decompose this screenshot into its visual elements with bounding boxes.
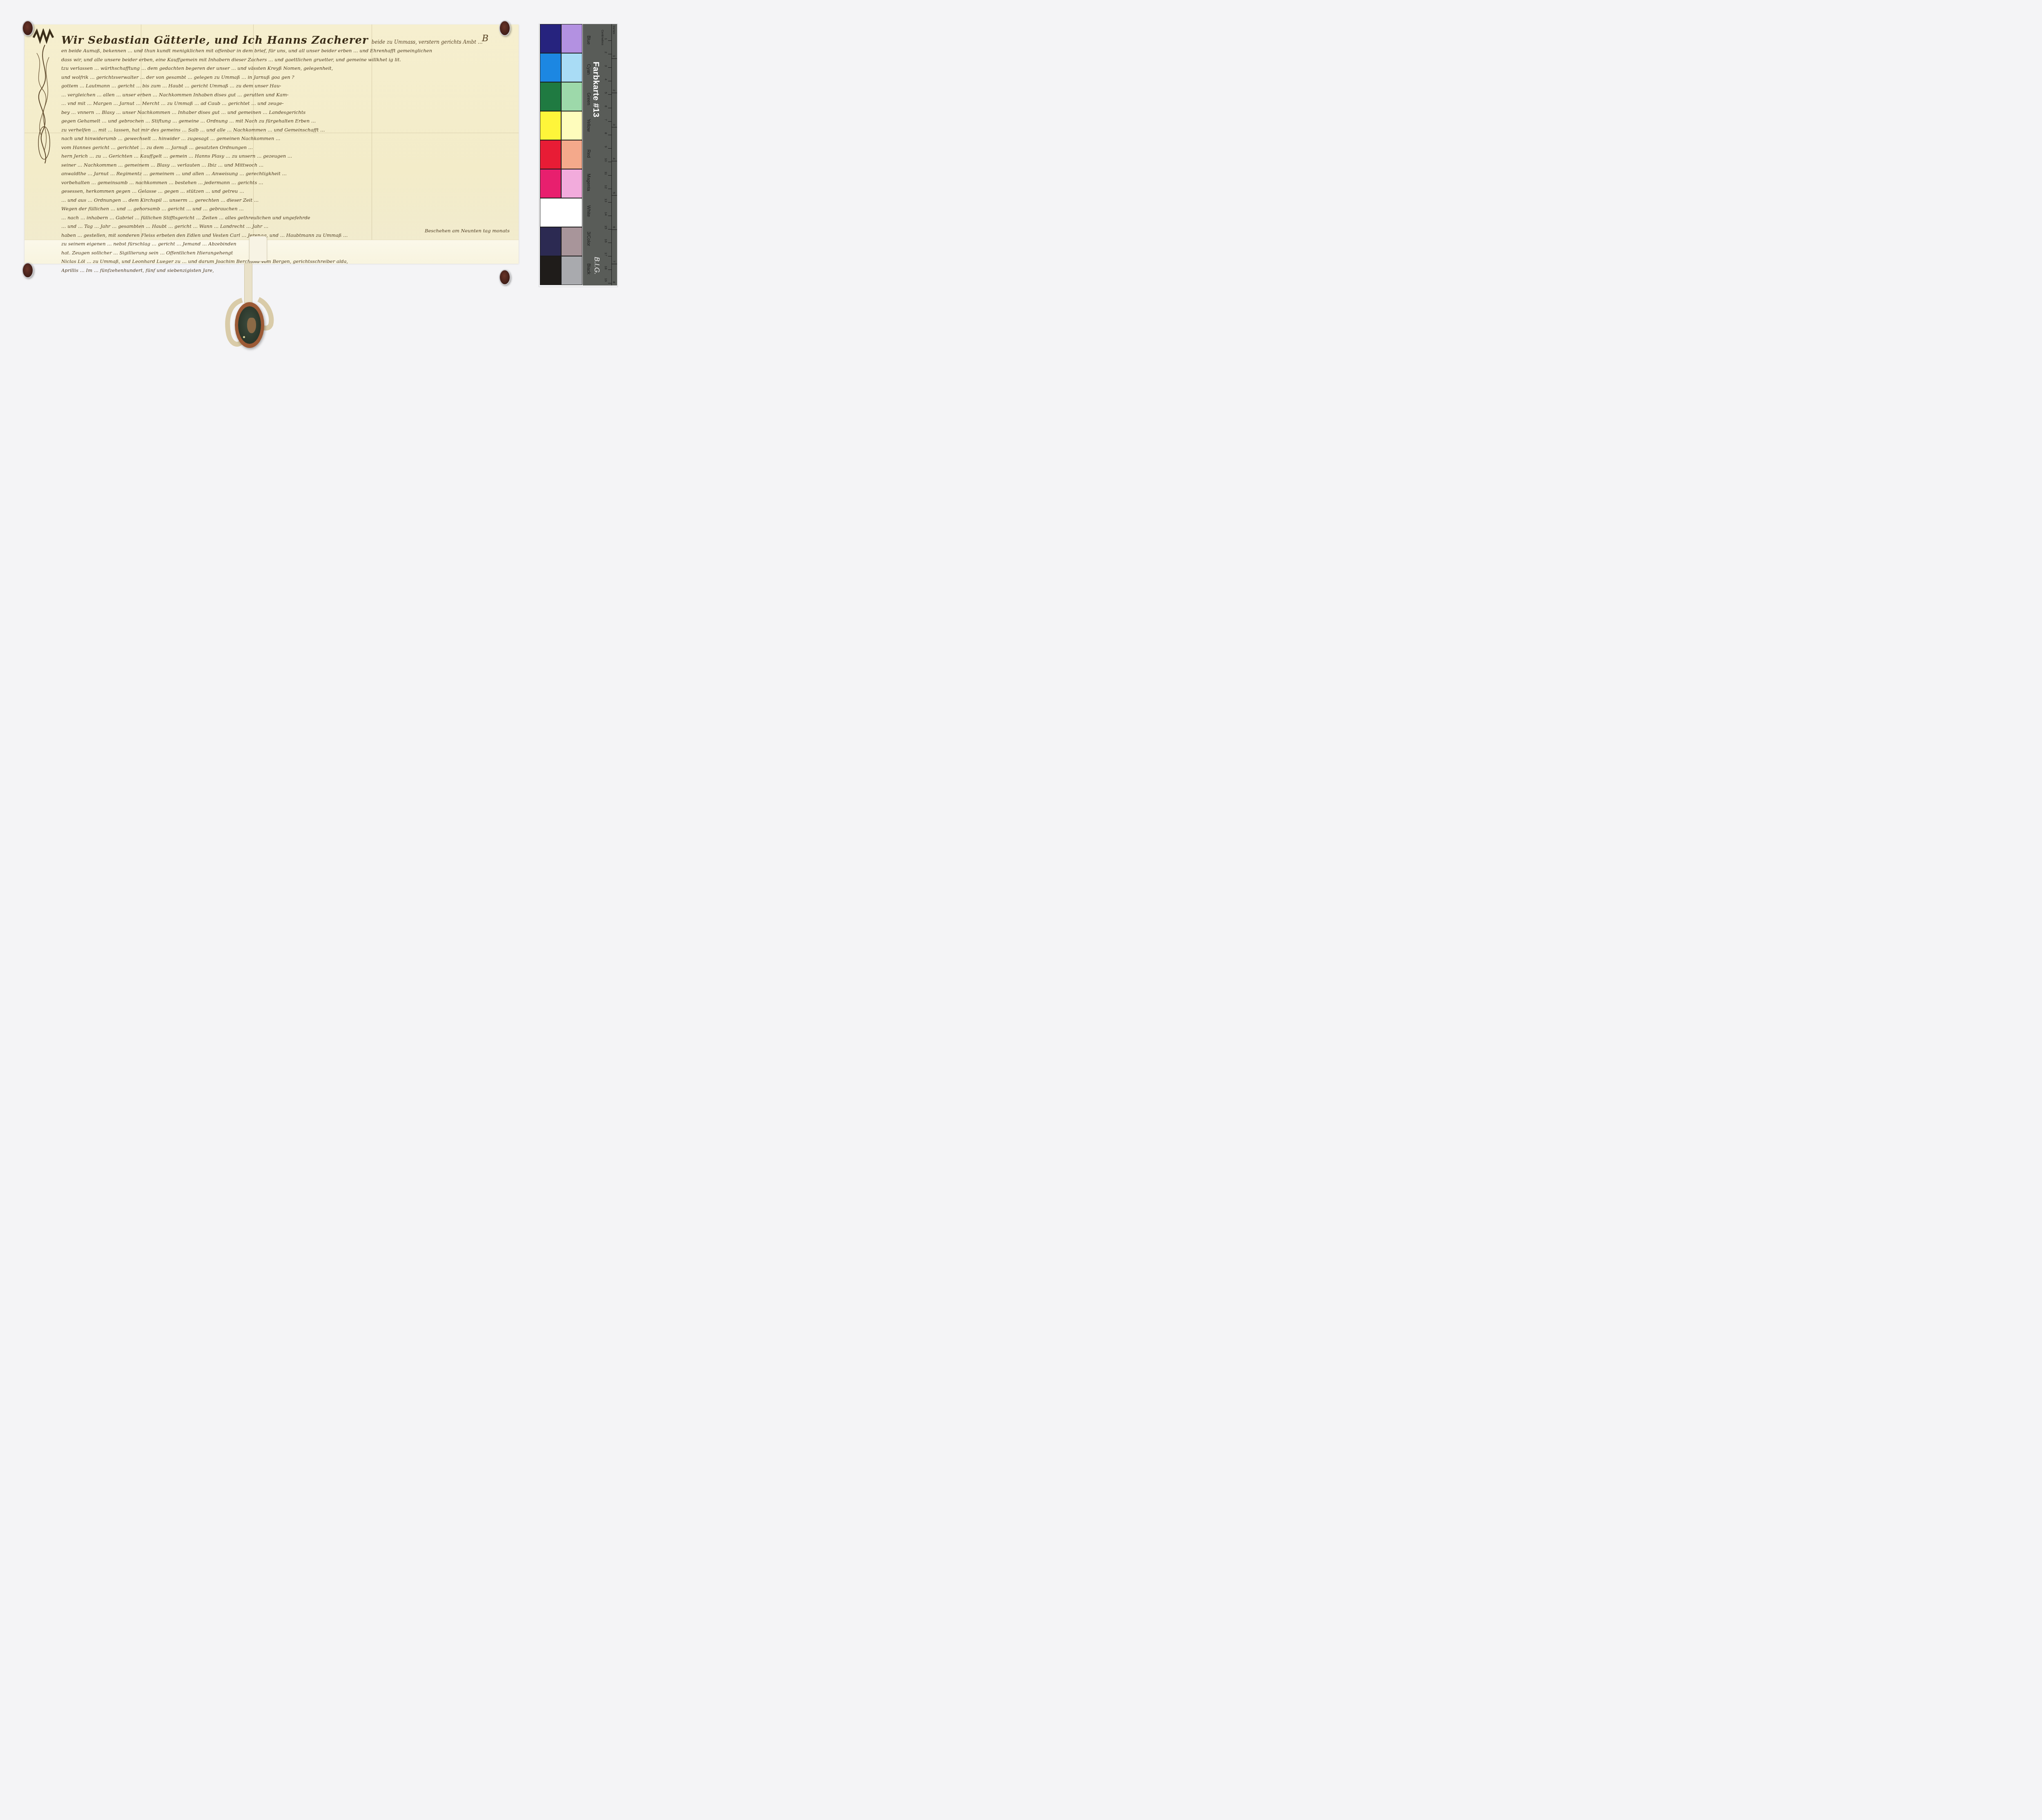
capsule-hole (243, 336, 245, 338)
cm-tick-label: 12 (604, 185, 608, 189)
text-line: vom Hannes gericht … gerichtet … zu dem … (61, 143, 506, 152)
text-line: … nach … inhabern … Gabriel … füllichen … (61, 214, 506, 223)
cm-tick-label: 5 (604, 92, 608, 94)
text-line: seiner … Nachkommen … gemeinem … Blasy …… (61, 161, 506, 170)
wax-seal-capsule (235, 302, 264, 348)
cm-tick-label: 19 (604, 278, 608, 282)
text-line: nach und hinwiderumb … gewechselt … hinw… (61, 134, 506, 143)
text-line: zu verhelfen … mit … lassen, hat mir des… (61, 126, 506, 135)
text-line: … und aus … Ordnungen … dem Kirchspil … … (61, 196, 506, 205)
text-line: bey … vnnern … Blasy … unser Nachkommen … (61, 108, 506, 117)
inch-tick-label: 3 (612, 124, 616, 125)
swatch-white (540, 198, 582, 227)
cm-tick-label: 9 (604, 146, 608, 147)
inch-tick-label: 5 (612, 192, 616, 194)
text-line: … vergleichen … allen … unser erben … Na… (61, 91, 506, 100)
cm-tick-label: 11 (604, 172, 608, 175)
swatch-label: Cyan (583, 64, 591, 75)
swatch-black-dark (540, 256, 561, 285)
inch-tick-label: 8 (612, 281, 616, 283)
swatch-blue-dark (540, 24, 561, 53)
wax-seal-impression (238, 306, 261, 344)
text-line: zu seinem eigenen … nebst fürschlag … ge… (61, 240, 506, 249)
inch-tick-label: 4 (612, 158, 616, 159)
text-line: dass wir, und alle unsere beider erben, … (61, 56, 506, 65)
text-line: vorbehalten … gemeinsamb … nachkommen … … (61, 178, 506, 187)
swatch-cyan-dark (540, 53, 561, 82)
text-line: hat. Zeugen sollicher … Sigillierung sei… (61, 249, 506, 258)
inch-tick-label: 1 (612, 55, 616, 57)
swatch-label: Green (583, 93, 591, 105)
text-line: gegen Gehamelt … und gebrochen … Stiftun… (61, 117, 506, 126)
text-line: Niclas Löl … zu Ummaß, und Leonhard Lueg… (61, 257, 506, 266)
text-line: … vnd mit … Margen … Jarnut … Mercht … z… (61, 99, 506, 108)
swatch-blue-light (561, 24, 582, 53)
swatch-cyan-light (561, 53, 582, 82)
swatch-3color-light (561, 227, 582, 256)
swatch-magenta-light (561, 169, 582, 198)
card-title: Farbkarte #13 (591, 62, 600, 118)
cm-tick-label: 15 (604, 225, 608, 229)
inch-tick-label: 7 (612, 261, 616, 262)
swatch-label: Black (583, 263, 591, 274)
opening-names: Wir Sebastian Gätterle, und Ich Hanns Za… (61, 34, 368, 47)
text-line: gottem … Lautmann … gericht … bis zum … … (61, 82, 506, 91)
ruler-edge (611, 24, 612, 285)
archival-photograph: Wir Sebastian Gätterle, und Ich Hanns Za… (0, 0, 639, 364)
swatch-3color-dark (540, 227, 561, 256)
marginal-initial: B (482, 33, 488, 44)
cm-tick-label: 3 (604, 65, 608, 67)
cm-tick-label: 4 (604, 78, 608, 80)
mounting-pin-top-left (22, 20, 33, 36)
swatch-label: Red (583, 149, 591, 158)
swatch-magenta-dark (540, 169, 561, 198)
swatch-label: Magenta (583, 174, 591, 191)
cm-tick-label: 16 (604, 239, 608, 243)
initial-flourish-icon (29, 29, 61, 176)
opening-continuation: beide zu Ummass, verstern gerichts Ambt … (372, 39, 483, 45)
swatch-label: Blue (583, 36, 591, 45)
inch-tick-label: 6 (612, 226, 616, 228)
charter-text: Wir Sebastian Gätterle, und Ich Hanns Za… (61, 34, 506, 275)
swatch-label: 3/Color (583, 232, 591, 246)
cm-tick-label: 13 (604, 198, 608, 202)
text-line: Wegen der füllichen … und … gehorsamb … … (61, 205, 506, 214)
swatch-red-light (561, 140, 582, 169)
ruler-strip: Blue Cyan Green Yellow Red Magenta White… (583, 24, 617, 285)
swatch-grid (540, 24, 583, 285)
decorated-initial-w (29, 29, 61, 176)
swatch-label: Yellow (583, 119, 591, 131)
text-line: hern Jerich … zu … Gerichten … Kauffgelt… (61, 152, 506, 161)
cm-tick-label: 18 (604, 266, 608, 270)
mounting-pin-bottom-left (22, 263, 33, 278)
cm-tick-label: 1 (604, 38, 608, 40)
cm-unit-label: Centimetres (601, 30, 604, 45)
text-line: en beide Aumaß, bekennen … und thun kund… (61, 47, 506, 56)
seal-tag-slot (249, 236, 267, 261)
cm-tick-label: 7 (604, 119, 608, 120)
cm-tick-label: 6 (604, 105, 608, 107)
mounting-pin-bottom-right (499, 270, 510, 285)
cm-tick-label: 14 (604, 212, 608, 216)
cm-tick-label: 17 (604, 252, 608, 256)
seal-damage-mark (247, 318, 256, 333)
text-line: und wolfrik … gerichtsverwalter … der vo… (61, 73, 506, 82)
text-line: tzu verlassen … würthschafftung … dem ge… (61, 64, 506, 73)
swatch-green-light (561, 82, 582, 111)
swatch-green-dark (540, 82, 561, 111)
text-line: Aprillis … Im … fünfzehenhundert, fünf u… (61, 266, 506, 275)
inch-tick-label: 2 (612, 89, 616, 91)
opening-line: Wir Sebastian Gätterle, und Ich Hanns Za… (61, 34, 506, 47)
cm-tick-label: 2 (604, 51, 608, 53)
mounting-pin-top-right (499, 20, 510, 36)
inch-unit-label: Inches (612, 26, 615, 34)
dating-clause: Beschehen am Neunten tag monats (425, 228, 510, 234)
swatch-label: White (583, 205, 591, 217)
swatch-black-light (561, 256, 582, 285)
color-calibration-card: Blue Cyan Green Yellow Red Magenta White… (539, 24, 618, 287)
text-line: gesessen, herkommen gegen … Gelasse … ge… (61, 187, 506, 196)
text-line: anwaldthe … Jarnut … Regimentz … gemeine… (61, 169, 506, 178)
cm-tick-label: 10 (604, 158, 608, 162)
swatch-yellow-light (561, 111, 582, 140)
swatch-yellow-dark (540, 111, 561, 140)
cm-tick-label: 8 (604, 132, 608, 134)
card-maker: B.I.G. (593, 257, 601, 274)
swatch-red-dark (540, 140, 561, 169)
